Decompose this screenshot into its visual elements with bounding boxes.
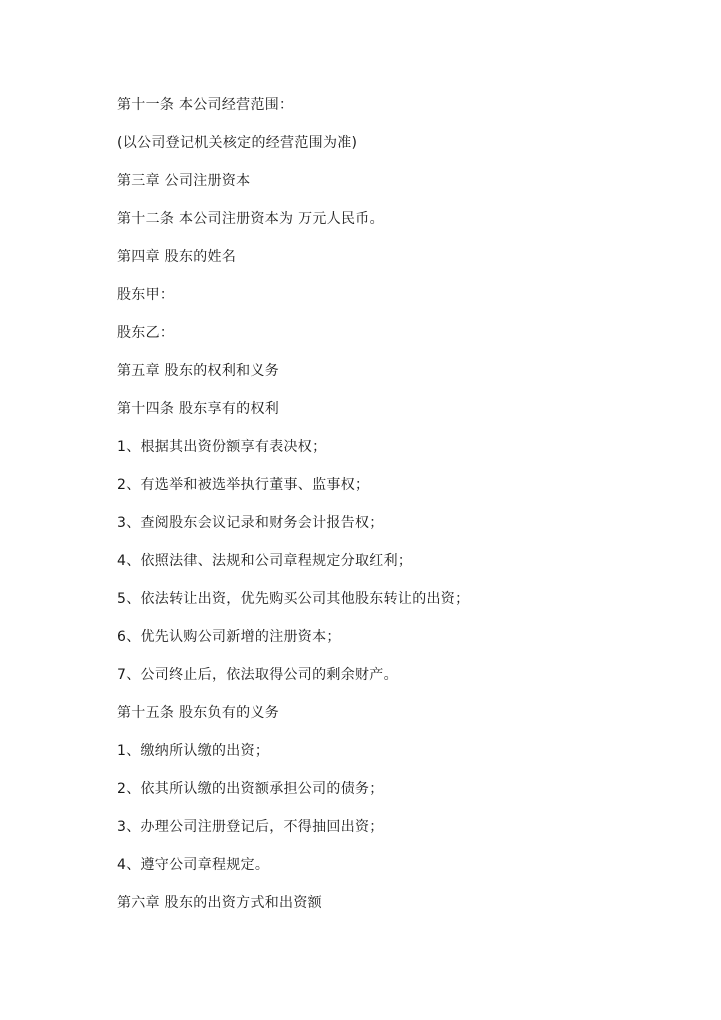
obligation-item-3: 3、办理公司注册登记后，不得抽回出资； [117, 816, 677, 854]
right-item-5: 5、依法转让出资，优先购买公司其他股东转让的出资； [117, 588, 677, 626]
article-14-heading: 第十四条 股东享有的权利 [117, 398, 677, 436]
right-item-3: 3、查阅股东会议记录和财务会计报告权； [117, 512, 677, 550]
article-11-heading: 第十一条 本公司经营范围： [117, 94, 677, 132]
right-item-6: 6、优先认购公司新增的注册资本； [117, 626, 677, 664]
chapter-3-heading: 第三章 公司注册资本 [117, 170, 677, 208]
right-item-4: 4、依照法律、法规和公司章程规定分取红利； [117, 550, 677, 588]
chapter-5-heading: 第五章 股东的权利和义务 [117, 360, 677, 398]
business-scope-note: (以公司登记机关核定的经营范围为准) [117, 132, 677, 170]
obligation-item-1: 1、缴纳所认缴的出资； [117, 740, 677, 778]
obligation-item-2: 2、依其所认缴的出资额承担公司的债务； [117, 778, 677, 816]
right-item-7: 7、公司终止后，依法取得公司的剩余财产。 [117, 664, 677, 702]
article-15-heading: 第十五条 股东负有的义务 [117, 702, 677, 740]
document-page: 第十一条 本公司经营范围： (以公司登记机关核定的经营范围为准) 第三章 公司注… [0, 0, 721, 1020]
document-body: 第十一条 本公司经营范围： (以公司登记机关核定的经营范围为准) 第三章 公司注… [117, 94, 677, 930]
shareholder-a: 股东甲： [117, 284, 677, 322]
chapter-4-heading: 第四章 股东的姓名 [117, 246, 677, 284]
right-item-1: 1、根据其出资份额享有表决权； [117, 436, 677, 474]
right-item-2: 2、有选举和被选举执行董事、监事权； [117, 474, 677, 512]
obligation-item-4: 4、遵守公司章程规定。 [117, 854, 677, 892]
shareholder-b: 股东乙： [117, 322, 677, 360]
article-12-text: 第十二条 本公司注册资本为 万元人民币。 [117, 208, 677, 246]
chapter-6-heading: 第六章 股东的出资方式和出资额 [117, 892, 677, 930]
